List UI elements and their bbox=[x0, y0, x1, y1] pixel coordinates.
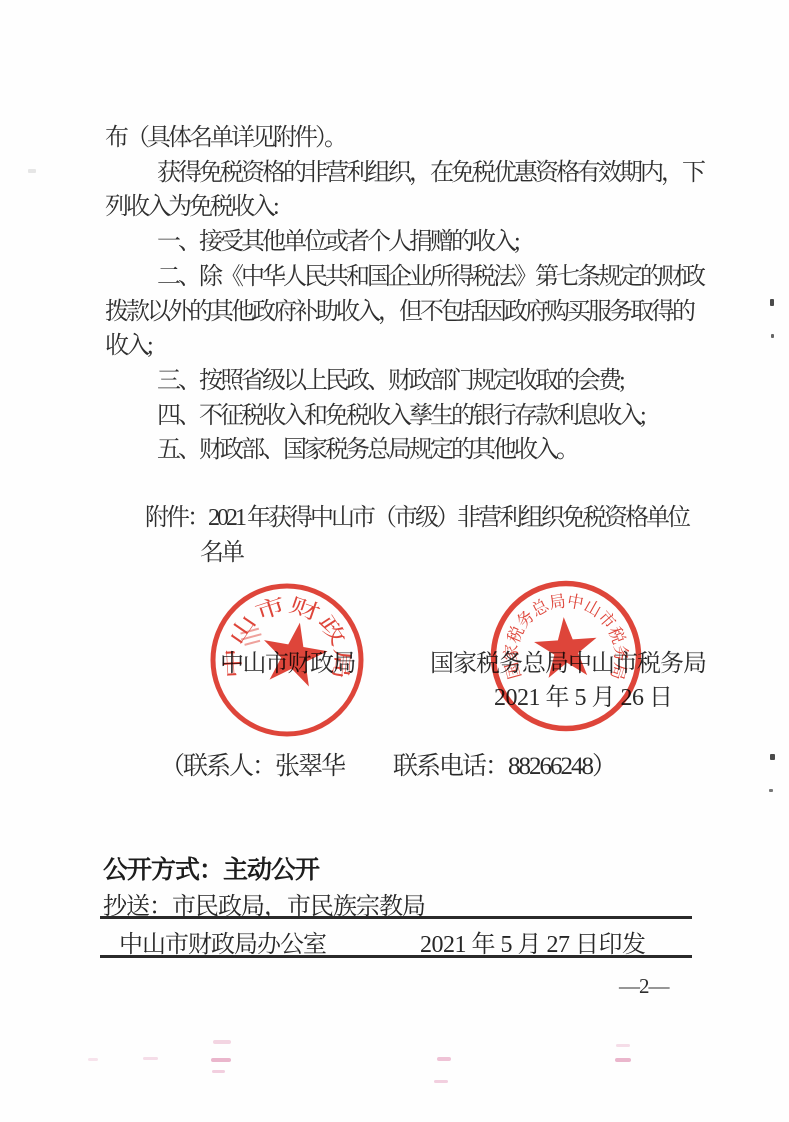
publish-mode-line: 公开方式：主动公开 bbox=[103, 850, 319, 886]
issuing-office: 中山市财政局办公室 bbox=[119, 924, 326, 959]
ink-bleed-mark bbox=[211, 1058, 231, 1062]
scan-speck bbox=[770, 299, 774, 306]
ink-bleed-mark bbox=[437, 1057, 451, 1061]
ink-bleed-mark bbox=[88, 1058, 98, 1061]
body-line: 一、接受其他单位或者个人捐赠的收入; bbox=[157, 228, 518, 256]
scan-speck bbox=[28, 169, 36, 173]
contact-phone: 联系电话：88266248） bbox=[393, 746, 615, 782]
ink-bleed-mark bbox=[616, 1044, 630, 1047]
signature-right-org: 国家税务总局中山市税务局 bbox=[430, 643, 706, 678]
scan-speck bbox=[770, 754, 775, 760]
footer-rule-bottom bbox=[100, 955, 692, 958]
body-line: 四、不征税收入和免税收入孳生的银行存款利息收入; bbox=[157, 402, 644, 430]
scan-speck bbox=[771, 334, 774, 338]
ink-bleed-mark bbox=[615, 1058, 631, 1062]
signature-date: 2021 年 5 月 26 日 bbox=[494, 677, 673, 712]
footer-rule-top bbox=[100, 916, 692, 919]
body-line: 五、财政部、国家税务总局规定的其他收入。 bbox=[157, 436, 577, 464]
body-line: 获得免税资格的非营利组织，在免税优惠资格有效期内，下 bbox=[157, 159, 703, 187]
ink-bleed-mark bbox=[212, 1070, 225, 1073]
ink-bleed-mark bbox=[143, 1057, 158, 1060]
body-line: 收入; bbox=[105, 332, 151, 360]
scan-speck bbox=[769, 789, 773, 792]
ink-bleed-mark bbox=[213, 1040, 231, 1044]
attachment-line: 附件：2021 年获得中山市（市级）非营利组织免税资格单位 bbox=[145, 504, 688, 532]
body-line: 拨款以外的其他政府补助收入，但不包括因政府购买服务取得的 bbox=[105, 298, 693, 326]
document-page: 布（具体名单详见附件）。获得免税资格的非营利组织，在免税优惠资格有效期内，下列收… bbox=[0, 0, 789, 1122]
body-line: 列收入为免税收入: bbox=[105, 193, 277, 221]
contact-person: （联系人：张翠华 bbox=[160, 746, 344, 782]
signature-left-org: 中山市财政局 bbox=[220, 643, 355, 678]
body-line: 布（具体名单详见附件）。 bbox=[105, 124, 345, 152]
page-number: —2— bbox=[619, 974, 669, 999]
ink-bleed-mark bbox=[434, 1080, 448, 1083]
attachment-line: 名单 bbox=[200, 539, 242, 567]
body-line: 二、除《中华人民共和国企业所得税法》第七条规定的财政 bbox=[157, 263, 703, 291]
print-date: 2021 年 5 月 27 日印发 bbox=[420, 924, 646, 959]
body-line: 三、按照省级以上民政、财政部门规定收取的会费; bbox=[157, 367, 623, 395]
